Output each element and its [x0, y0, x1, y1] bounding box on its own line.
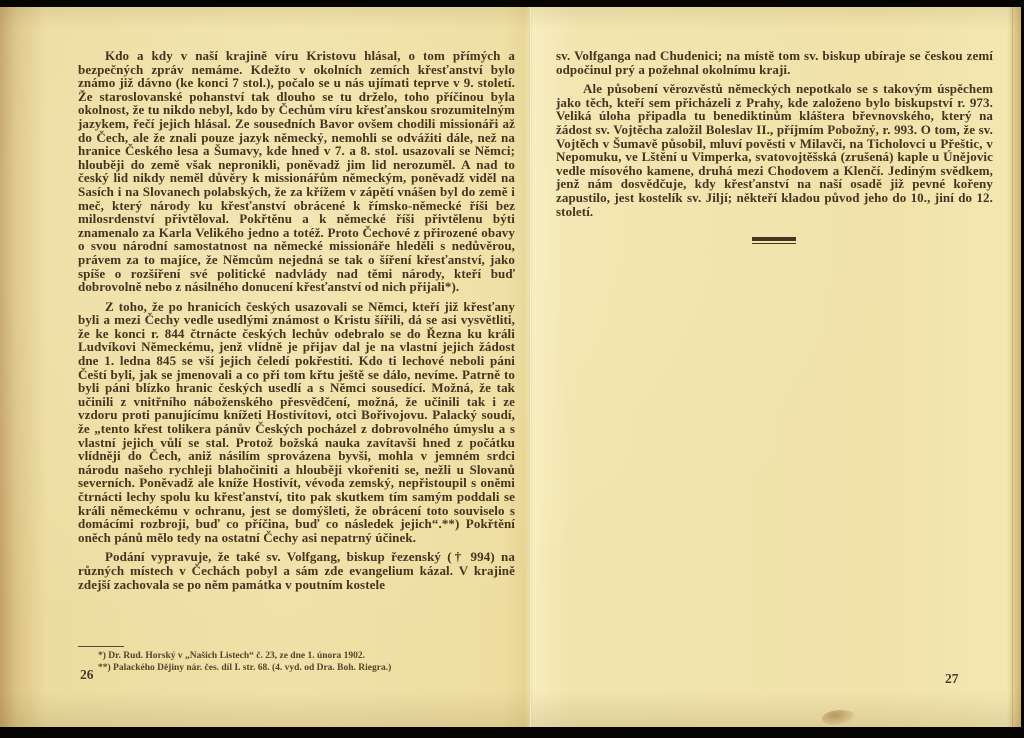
scanned-book-spread: Kdo a kdy v naší krajině víru Kristovu h…	[0, 7, 1021, 727]
divider-thin-rule	[752, 243, 796, 244]
footnote-rule	[78, 646, 124, 647]
page-number-left: 26	[80, 667, 94, 683]
paragraph: sv. Volfganga nad Chudenici; na místě to…	[556, 49, 993, 76]
paragraph: Z toho, že po hranicích českých usazoval…	[78, 300, 515, 545]
paragraph: Podání vypravuje, že také sv. Volfgang, …	[78, 550, 515, 591]
paper-smudge	[821, 708, 857, 728]
paragraph: Kdo a kdy v naší krajině víru Kristovu h…	[78, 49, 515, 294]
left-page-text-column: Kdo a kdy v naší krajině víru Kristovu h…	[78, 49, 515, 649]
footnote-block: *) Dr. Rud. Horský v „Našich Listech“ č.…	[78, 646, 515, 674]
book-gutter-crease	[529, 7, 532, 727]
footnote: **) Palackého Dějiny nár. čes. díl I. st…	[78, 663, 515, 675]
paragraph: Ale působení věrozvěstů německých nepotk…	[556, 82, 993, 218]
divider-thick-rule	[752, 237, 796, 241]
page-edge-line	[1012, 7, 1013, 727]
page-number-right: 27	[945, 671, 959, 687]
right-page-text-column: sv. Volfganga nad Chudenici; na místě to…	[556, 49, 993, 224]
section-divider	[752, 237, 796, 244]
footnote: *) Dr. Rud. Horský v „Našich Listech“ č.…	[78, 651, 515, 663]
